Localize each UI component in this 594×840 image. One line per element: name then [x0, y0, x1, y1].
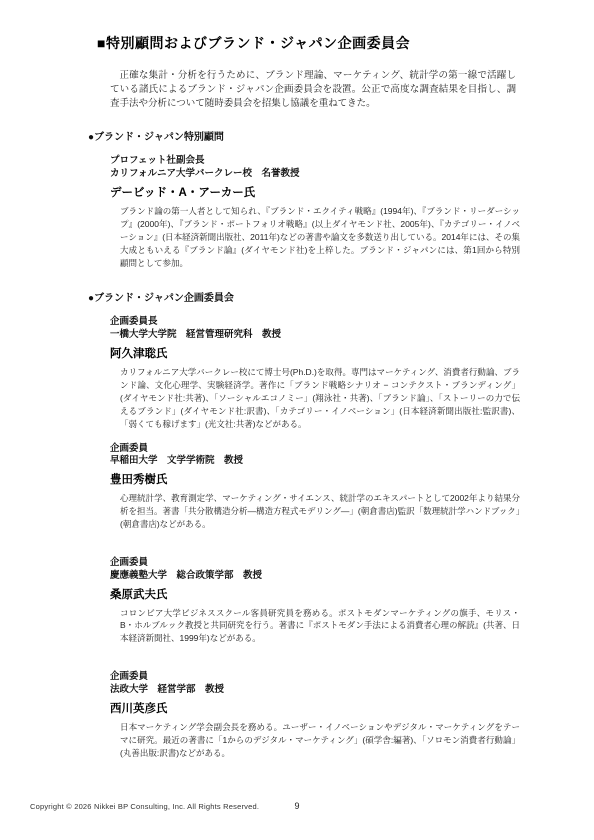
document-page: ■特別顧問およびブランド・ジャパン企画委員会 正確な集計・分析を行うために、ブラ… [0, 0, 594, 840]
page-title: ■特別顧問およびブランド・ジャパン企画委員会 [97, 33, 594, 53]
advisor-bio: ブランド論の第一人者として知られ、『ブランド・エクイティ戦略』(1994年)、『… [120, 205, 520, 270]
member-bio: 心理統計学、教育測定学、マーケティング・サイエンス、統計学のエキスパートとして2… [120, 492, 520, 531]
advisor-profile-aaker: プロフェット社副会長 カリフォルニア大学バークレー校 名誉教授 デービッド・A・… [110, 155, 594, 269]
member-affiliation-line: 慶應義塾大学 総合政策学部 教授 [110, 570, 594, 583]
member-affiliation-line: 早稲田大学 文学学術院 教授 [110, 455, 594, 468]
committee-member-profile-kuwahara: 企画委員 慶應義塾大学 総合政策学部 教授 桑原武夫氏 コロンビア大学ビジネスス… [110, 557, 594, 645]
member-name: 西川英彦氏 [110, 700, 594, 716]
advisor-title-line: プロフェット社副会長 [110, 155, 594, 168]
page-footer: Copyright © 2026 Nikkei BP Consulting, I… [0, 802, 594, 814]
section-special-advisors: ●ブランド・ジャパン特別顧問 プロフェット社副会長 カリフォルニア大学バークレー… [0, 128, 594, 269]
section-planning-committee: ●ブランド・ジャパン企画委員会 企画委員長 一橋大学大学院 経営管理研究科 教授… [0, 289, 594, 759]
section-heading-special-advisors: ●ブランド・ジャパン特別顧問 [88, 128, 594, 143]
member-role-line: 企画委員長 [110, 316, 594, 329]
advisor-name: デービッド・A・アーカー氏 [110, 184, 594, 200]
member-bio: 日本マーケティング学会副会長を務める。ユーザー・イノベーションやデジタル・マーケ… [120, 721, 520, 760]
member-bio: カリフォルニア大学バークレー校にて博士号(Ph.D.)を取得。専門はマーケティン… [120, 366, 520, 431]
member-role-line: 企画委員 [110, 443, 594, 456]
member-bio: コロンビア大学ビジネススクール客員研究員を務める。ポストモダンマーケティングの旗… [120, 607, 520, 646]
member-name: 桑原武夫氏 [110, 586, 594, 602]
advisor-affiliation-line: カリフォルニア大学バークレー校 名誉教授 [110, 168, 594, 181]
section-heading-planning-committee: ●ブランド・ジャパン企画委員会 [88, 289, 594, 304]
member-name: 豊田秀樹氏 [110, 471, 594, 487]
document-content: ■特別顧問およびブランド・ジャパン企画委員会 正確な集計・分析を行うために、ブラ… [0, 0, 594, 760]
page-number: 9 [0, 801, 594, 811]
member-affiliation-line: 一橋大学大学院 経営管理研究科 教授 [110, 329, 594, 342]
committee-member-profile-akutsu: 企画委員長 一橋大学大学院 経営管理研究科 教授 阿久津聡氏 カリフォルニア大学… [110, 316, 594, 430]
member-role-line: 企画委員 [110, 557, 594, 570]
member-name: 阿久津聡氏 [110, 345, 594, 361]
intro-paragraph: 正確な集計・分析を行うために、ブランド理論、マーケティング、統計学の第一線で活躍… [110, 69, 516, 110]
member-role-line: 企画委員 [110, 671, 594, 684]
member-affiliation-line: 法政大学 経営学部 教授 [110, 684, 594, 697]
committee-member-profile-nishikawa: 企画委員 法政大学 経営学部 教授 西川英彦氏 日本マーケティング学会副会長を務… [110, 671, 594, 759]
committee-member-profile-toyoda: 企画委員 早稲田大学 文学学術院 教授 豊田秀樹氏 心理統計学、教育測定学、マー… [110, 443, 594, 531]
